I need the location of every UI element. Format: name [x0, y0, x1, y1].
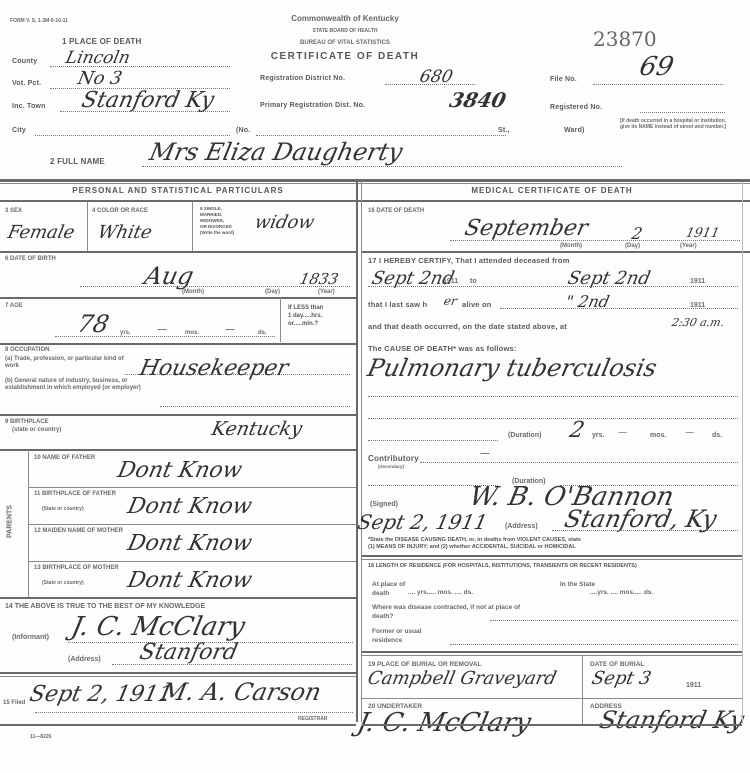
cause-footnote: *State the DISEASE CAUSING DEATH, or, in… — [368, 537, 581, 551]
vot-pct-label: Vot. Pct. — [12, 80, 41, 87]
informant-address-label: (Address) — [68, 656, 101, 663]
full-name-value: Mrs Eliza Daugherty — [147, 138, 405, 166]
dob-day-caption: (Day) — [265, 289, 280, 295]
cause-of-death-label: The CAUSE OF DEATH* was as follows: — [368, 344, 517, 353]
duration-months: — — [617, 428, 628, 438]
inc-town-label: Inc. Town — [12, 103, 46, 110]
signed-label: (Signed) — [370, 501, 398, 508]
mother-maiden-name-value: Dont Know — [125, 531, 254, 556]
contributory-label: Contributory — [368, 454, 419, 463]
age-days: — — [224, 324, 236, 335]
informant-label: (Informant) — [12, 634, 49, 641]
dod-day-caption: (Day) — [625, 243, 640, 249]
occupation-b-label: (b) General nature of industry, business… — [5, 378, 155, 392]
date-of-death-year: 1911 — [684, 226, 720, 241]
dob-label: 6 DATE OF BIRTH — [5, 256, 56, 262]
file-no-label: File No. — [550, 76, 577, 83]
in-state-label: In the State — [560, 580, 600, 589]
commonwealth-title: Commonwealth of Kentucky — [250, 14, 440, 23]
county-label: County — [12, 58, 37, 65]
county-value: Lincoln — [64, 48, 132, 68]
signed-address-label: (Address) — [505, 523, 538, 530]
at-place-fill: .... yrs..... mos. .... ds. — [408, 589, 473, 596]
certificate-title: CERTIFICATE OF DEATH — [250, 51, 440, 62]
primary-registration-label: Primary Registration Dist. No. — [260, 102, 365, 109]
last-saw-label: that I last saw h — [368, 300, 427, 309]
medical-section-title: MEDICAL CERTIFICATE OF DEATH — [362, 186, 742, 195]
place-of-death-heading: 1 PLACE OF DEATH — [62, 37, 142, 46]
dob-month-caption: (Month) — [182, 289, 204, 295]
primary-registration-value: 3840 — [447, 88, 508, 112]
duration-months-caption: mos. — [650, 432, 666, 439]
date-of-death-label: 16 DATE OF DEATH — [368, 208, 424, 214]
father-name-value: Dont Know — [115, 458, 244, 483]
age-months-caption: mos. — [185, 330, 199, 336]
color-value: White — [96, 222, 154, 243]
registered-no-label: Registered No. — [550, 104, 602, 111]
dob-year-caption: (Year) — [318, 289, 335, 295]
birthplace-label: 9 BIRTHPLACE — [5, 419, 49, 425]
informant-statement: 14 THE ABOVE IS TRUE TO THE BEST OF MY K… — [5, 603, 205, 610]
full-name-label: 2 FULL NAME — [50, 157, 105, 166]
burial-date-year: 1911 — [686, 682, 701, 689]
alive-on-label: alive on — [462, 300, 492, 309]
last-saw-pronoun: er — [443, 294, 459, 308]
parents-side-label: PARENTS — [7, 492, 14, 552]
inc-town-value: Stanford Ky — [79, 88, 216, 113]
file-no-value: 69 — [637, 52, 676, 82]
date-of-death-month: September — [462, 216, 590, 241]
marital-status-label: 5 SINGLE, MARRIED, WIDOWED, OR DIVORCED … — [200, 206, 234, 236]
birthplace-value: Kentucky — [210, 418, 305, 440]
attended-year-2: 1911 — [690, 278, 705, 285]
attended-to: Sept 2nd — [566, 268, 652, 289]
bureau-title: BUREAU OF VITAL STATISTICS — [250, 40, 440, 46]
cause-of-death-value: Pulmonary tuberculosis — [365, 354, 659, 382]
color-label: 4 COLOR OR RACE — [92, 208, 148, 214]
age-days-caption: ds. — [258, 330, 267, 336]
birthplace-sub: (state or country) — [12, 427, 61, 433]
contracted-label: Where was disease contracted, if not at … — [372, 603, 522, 621]
undertaker-value: J. C. McClary — [355, 708, 534, 738]
death-time: 2:30 a.m. — [671, 316, 726, 329]
certificate-number: 23870 — [593, 27, 657, 51]
father-birthplace-value: Dont Know — [125, 494, 254, 519]
death-occurred-label: and that death occurred, on the date sta… — [368, 322, 567, 331]
informant-value: J. C. McClary — [69, 612, 248, 642]
ward-label: Ward) — [564, 127, 585, 134]
alive-on-value: " 2nd — [564, 292, 611, 311]
registrar-signature: M. A. Carson — [159, 678, 324, 706]
personal-section-title: PERSONAL AND STATISTICAL PARTICULARS — [0, 186, 356, 195]
dob-month: Aug — [142, 262, 196, 290]
duration-days: — — [684, 428, 695, 438]
age-years: 78 — [75, 310, 111, 338]
dod-year-caption: (Year) — [680, 243, 697, 249]
undertaker-address-value: Stanford Ky — [597, 706, 747, 734]
age-label: 7 AGE — [5, 303, 23, 309]
contributory-sub: (Secondary) — [378, 464, 404, 469]
filed-label: 15 Filed — [3, 700, 25, 706]
dob-year: 1833 — [298, 270, 340, 288]
dod-month-caption: (Month) — [560, 243, 582, 249]
hospital-note: [If death occurred in a hospital or inst… — [620, 118, 730, 130]
age-months: — — [156, 324, 168, 335]
duration-years: 2 — [567, 418, 586, 443]
duration-years-caption: yrs. — [592, 432, 604, 439]
occupation-a-label: (a) Trade, profession, or particular kin… — [5, 356, 135, 370]
registration-district-label: Registration District No. — [260, 75, 345, 82]
attended-year-1: 1911 — [443, 278, 458, 285]
burial-date-label: DATE OF BURIAL — [590, 661, 644, 668]
mother-birthplace-value: Dont Know — [125, 568, 254, 593]
sex-value: Female — [6, 222, 77, 243]
occupation-label: 8 OCCUPATION — [5, 347, 49, 353]
informant-address-value: Stanford — [137, 640, 240, 665]
certify-statement: 17 I HEREBY CERTIFY, That I attended dec… — [368, 256, 570, 265]
board-title: STATE BOARD OF HEALTH — [250, 28, 440, 34]
registrar-caption: REGISTRAR — [298, 716, 327, 722]
in-state-fill: ....yrs. .... mos..... ds. — [590, 589, 653, 596]
form-code: 11—8226 — [30, 734, 51, 740]
to-label: to — [470, 278, 477, 285]
duration-label: (Duration) — [508, 432, 541, 439]
father-name-label: 10 NAME OF FATHER — [34, 455, 104, 462]
signed-address-value: Stanford, Ky — [562, 505, 719, 533]
age-years-caption: yrs. — [120, 330, 131, 336]
burial-date-value: Sept 3 — [590, 668, 653, 689]
burial-place-label: 19 PLACE OF BURIAL OR REMOVAL — [368, 661, 482, 668]
mother-birthplace-sub: (State or country) — [42, 580, 84, 586]
mother-maiden-name-label: 12 MAIDEN NAME OF MOTHER — [34, 528, 124, 535]
sex-label: 3 SEX — [5, 208, 22, 214]
street-label: St., — [498, 127, 510, 134]
former-residence-label: Former or usual residence — [372, 627, 442, 645]
marital-status-value: widow — [253, 212, 316, 233]
less-than-day-note: If LESS than 1 day.....hrs. or.....min.? — [288, 304, 323, 328]
residence-label: 18 LENGTH OF RESIDENCE (FOR HOSPITALS, I… — [368, 563, 738, 570]
signed-date: Sept 2, 1911 — [355, 510, 489, 534]
father-birthplace-label: 11 BIRTHPLACE OF FATHER — [34, 491, 124, 498]
form-number: FORM V. S. 1-3M-9-10-11 — [10, 18, 68, 24]
registration-district-value: 680 — [418, 67, 455, 87]
burial-place-value: Campbell Graveyard — [366, 668, 559, 689]
occupation-value: Housekeeper — [137, 356, 290, 381]
alive-on-year: 1911 — [690, 302, 705, 309]
contributory-value: — — [479, 448, 491, 459]
mother-birthplace-label: 13 BIRTHPLACE OF MOTHER — [34, 565, 124, 572]
father-birthplace-sub: (State or country) — [42, 506, 84, 512]
city-label: City — [12, 127, 26, 134]
vot-pct-value: No 3 — [76, 68, 124, 89]
duration-days-caption: ds. — [712, 432, 722, 439]
filed-date: Sept 2, 1911 — [27, 682, 174, 707]
street-number-label: (No. — [236, 127, 250, 134]
